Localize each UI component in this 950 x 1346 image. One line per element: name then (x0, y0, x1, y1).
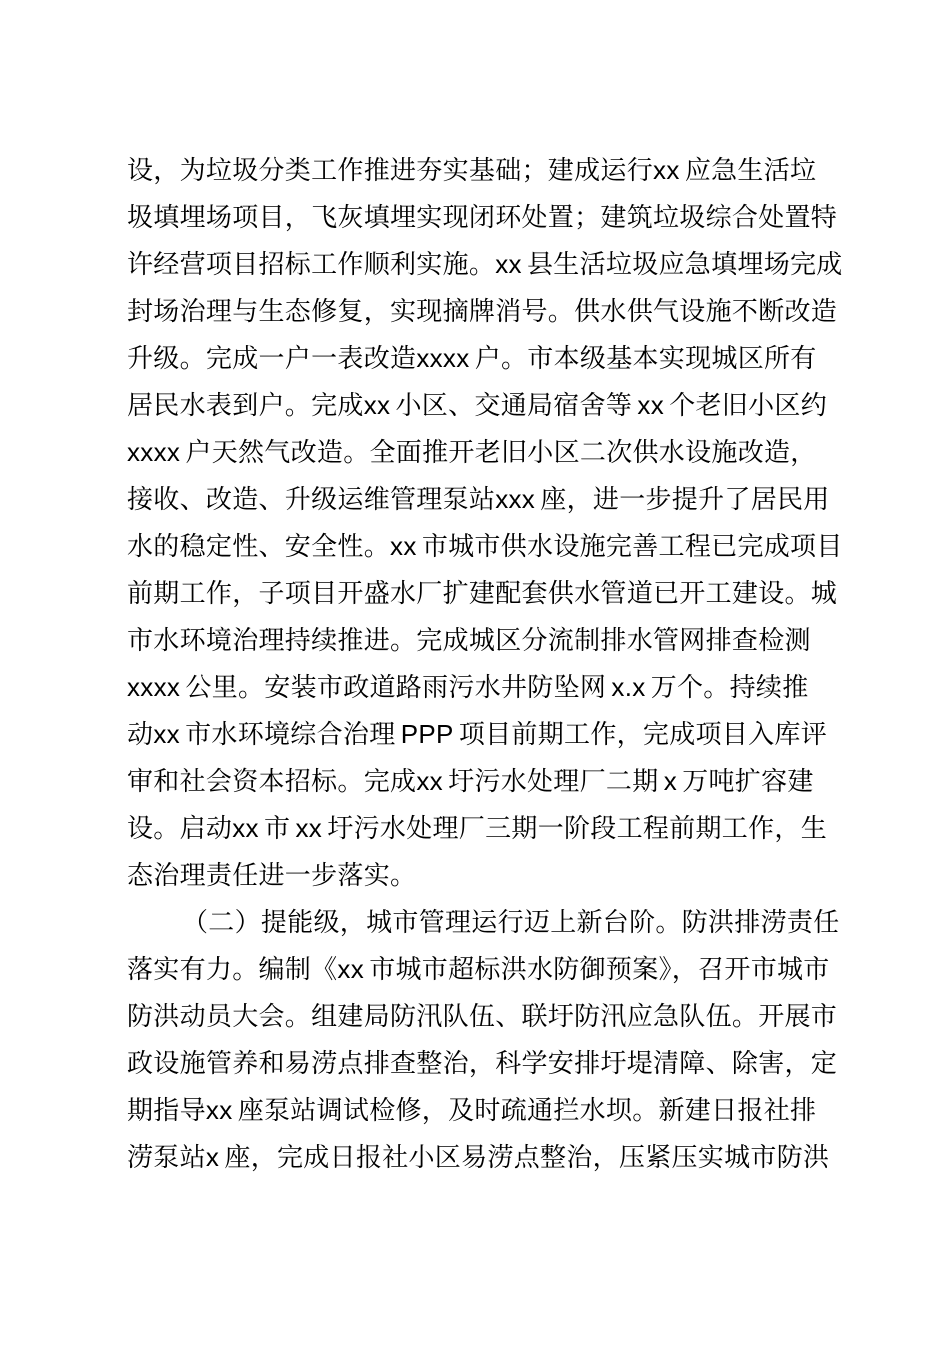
text-line: 防洪动员大会。组建局防汛队伍、联圩防汛应急队伍。开展市 (127, 993, 837, 1040)
text-line: 封场治理与生态修复，实现摘牌消号。供水供气设施不断改造 (127, 288, 837, 335)
text-line: 圾填埋场项目，飞灰填埋实现闭环处置；建筑垃圾综合处置特 (127, 194, 837, 241)
latin-run: xx (390, 531, 417, 561)
text-line: （二）提能级，城市管理运行迈上新台阶。防洪排涝责任 (127, 899, 837, 946)
latin-run: xx (364, 390, 391, 420)
latin-run: xx (232, 813, 259, 843)
text-line: 态治理责任进一步落实。 (127, 852, 837, 899)
latin-run: xxxx (416, 343, 469, 373)
latin-run: xx (416, 766, 443, 796)
latin-run: x (206, 1142, 219, 1172)
text-line: 审和社会资本招标。完成xx圩污水处理厂二期x万吨扩容建 (127, 758, 837, 805)
latin-run: x (664, 766, 677, 796)
text-line: xxxx户天然气改造。全面推开老旧小区二次供水设施改造， (127, 429, 837, 476)
text-line: 前期工作，子项目开盛水厂扩建配套供水管道已开工建设。城 (127, 570, 837, 617)
latin-run: xx (337, 954, 364, 984)
latin-run: xxxx (127, 672, 180, 702)
latin-run: xx (206, 1095, 233, 1125)
text-line: 升级。完成一户一表改造xxxx户。市本级基本实现城区所有 (127, 335, 837, 382)
text-line: 动xx市水环境综合治理PPP项目前期工作，完成项目入库评 (127, 711, 837, 758)
latin-run: xx (153, 719, 180, 749)
text-line: 政设施管养和易涝点排查整治，科学安排圩堤清障、除害，定 (127, 1040, 837, 1087)
text-line: 落实有力。编制《xx市城市超标洪水防御预案》，召开市城市 (127, 946, 837, 993)
document-text: 设，为垃圾分类工作推进夯实基础；建成运行xx应急生活垃圾填埋场项目，飞灰填埋实现… (127, 147, 837, 1181)
text-line: 水的稳定性、安全性。xx市城市供水设施完善工程已完成项目 (127, 523, 837, 570)
text-line: 居民水表到户。完成xx小区、交通局宿舍等xx个老旧小区约 (127, 382, 837, 429)
text-line: 市水环境治理持续推进。完成城区分流制排水管网排查检测 (127, 617, 837, 664)
text-line: 期指导xx座泵站调试检修，及时疏通拦水坝。新建日报社排 (127, 1087, 837, 1134)
latin-run: xx (653, 155, 680, 185)
text-line: 涝泵站x座，完成日报社小区易涝点整治，压紧压实城市防洪 (127, 1134, 837, 1181)
latin-run: xx (495, 249, 522, 279)
latin-run: xx (296, 813, 323, 843)
latin-run: xx (637, 390, 664, 420)
text-line: xxxx公里。安装市政道路雨污水井防坠网x.x万个。持续推 (127, 664, 837, 711)
document-page: 设，为垃圾分类工作推进夯实基础；建成运行xx应急生活垃圾填埋场项目，飞灰填埋实现… (0, 0, 950, 1346)
text-line: 设。启动xx市xx圩污水处理厂三期一阶段工程前期工作，生 (127, 805, 837, 852)
latin-run: PPP (401, 719, 454, 749)
text-line: 接收、改造、升级运维管理泵站xxx座，进一步提升了居民用 (127, 476, 837, 523)
latin-run: xxx (495, 484, 535, 514)
paragraph: 设，为垃圾分类工作推进夯实基础；建成运行xx应急生活垃圾填埋场项目，飞灰填埋实现… (127, 147, 837, 899)
text-line: 许经营项目招标工作顺利实施。xx县生活垃圾应急填埋场完成 (127, 241, 837, 288)
latin-run: x.x (611, 672, 645, 702)
latin-run: xxxx (127, 437, 180, 467)
paragraph: （二）提能级，城市管理运行迈上新台阶。防洪排涝责任落实有力。编制《xx市城市超标… (127, 899, 837, 1181)
text-line: 设，为垃圾分类工作推进夯实基础；建成运行xx应急生活垃 (127, 147, 837, 194)
